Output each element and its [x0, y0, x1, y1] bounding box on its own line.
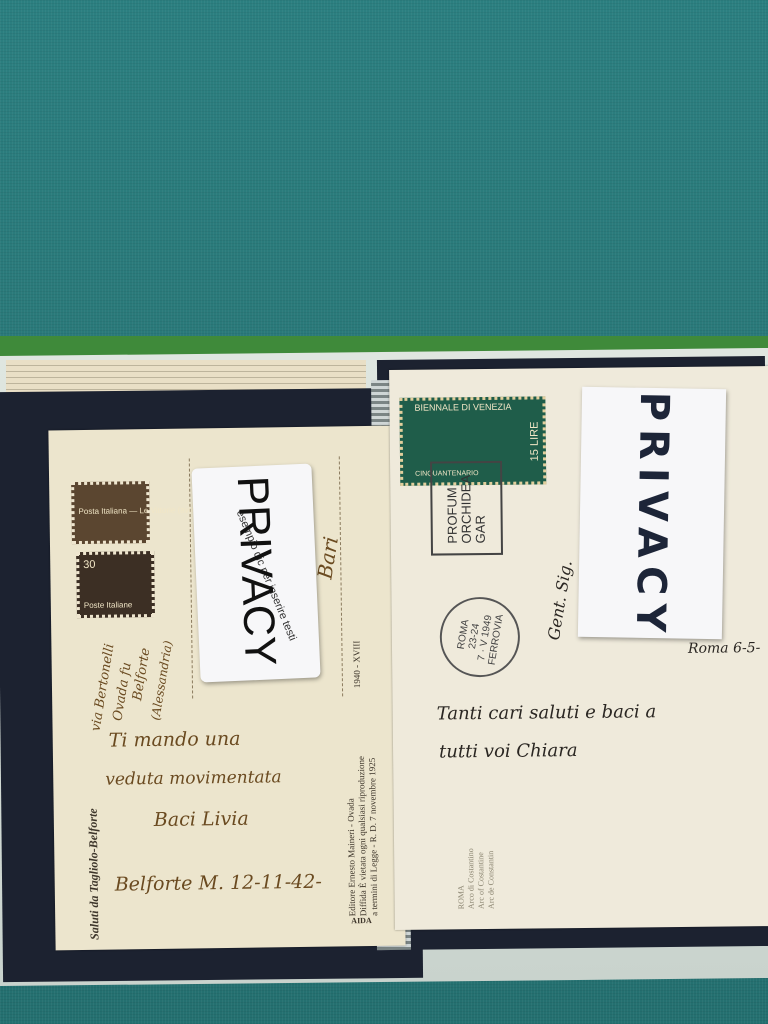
divider-line	[339, 456, 343, 696]
slogan-line: GAR	[473, 515, 488, 543]
privacy-label-sticker: esempio dic per inserire testi PRIVACY	[191, 463, 320, 682]
slogan-text: PROFUM ORCHIDEA GAR	[445, 475, 488, 544]
printed-caption: Arc de Constantin	[486, 851, 496, 909]
address-fragment: Gent. Sig.	[544, 559, 576, 642]
printed-caption: ROMA	[456, 885, 465, 909]
postage-stamp: Posta Italiana — Le Vittorie (aviation c…	[71, 481, 150, 544]
publisher-line: a termini di Legge - R. D. 7 novembre 19…	[367, 758, 379, 916]
date-note: Roma 6-5-	[688, 640, 760, 657]
stamp-label: Poste Italiane	[84, 600, 133, 610]
slogan-cancel: PROFUM ORCHIDEA GAR	[430, 461, 503, 556]
postmark-stamp: ROMA 23-24 7 · V 1949 FERROVIA	[434, 591, 526, 683]
message-line: tutti voi Chiara	[439, 740, 578, 762]
address-line: Belforte	[130, 647, 153, 702]
printed-caption: Arco di Costantino	[466, 848, 476, 909]
privacy-text: PRIVACY	[227, 475, 285, 667]
privacy-label-paper: PRIVACY	[578, 387, 726, 639]
publisher-year: 1940 - XVIII	[351, 641, 362, 689]
stamp-value: 15 LIRE	[529, 422, 541, 462]
message-line: Tanti cari saluti e baci a	[437, 701, 657, 724]
privacy-text: PRIVACY	[627, 391, 677, 640]
signature: Baci Livia	[154, 808, 249, 831]
message-line: veduta movimentata	[105, 767, 282, 789]
stamp-value: 30	[83, 559, 95, 571]
date-line: Belforte M. 12-11-42-	[115, 871, 322, 896]
stamp-top-text: BIENNALE DI VENEZIA	[414, 402, 511, 413]
publisher-logo: AIDA	[351, 916, 372, 925]
postage-stamp: 30 Poste Italiane	[76, 551, 155, 618]
message-line: Ti mando una	[109, 728, 241, 752]
printed-caption: Saluti da Tagliolo-Belforte	[86, 808, 103, 940]
printed-caption: Arc of Costantine	[476, 852, 486, 909]
publisher-line: Editore Ernesto Maineri - Ovada	[346, 798, 358, 916]
address-city: Bari	[312, 535, 342, 581]
slogan-line: ORCHIDEA	[458, 475, 474, 544]
